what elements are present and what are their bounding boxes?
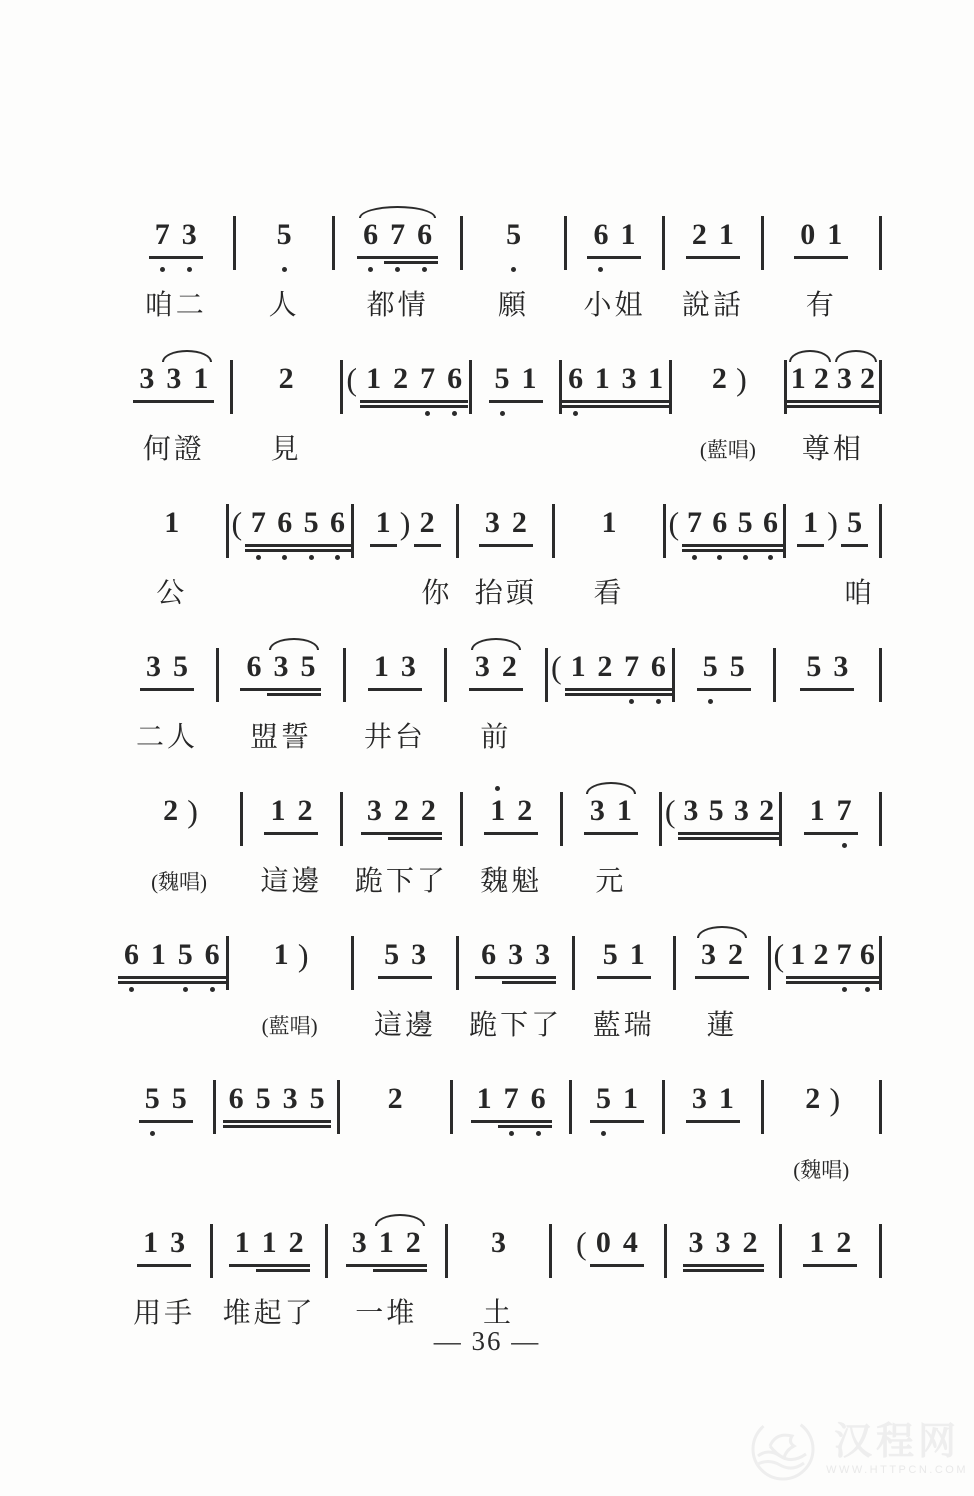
note-digit: 1 (376, 504, 391, 542)
note-token: 5 (724, 638, 751, 707)
octave-dot-below (160, 267, 165, 272)
note-token: 2 (830, 1214, 857, 1283)
note-token: 3 (485, 1214, 512, 1283)
note-token: 1 (797, 494, 824, 563)
lyric (572, 1150, 662, 1190)
notes-line: 6156 (118, 922, 226, 1002)
measure: 12這邊 (243, 778, 340, 902)
note-token: 3 (133, 350, 160, 419)
note-digit: ) (400, 504, 411, 542)
notes-line: 32 (676, 922, 769, 1002)
lyric (771, 1006, 879, 1046)
watermark: 汉程网 WWW.HTTPCN.COM (744, 1410, 968, 1488)
note-digit: 2 (836, 1224, 851, 1262)
octave-dot-below (717, 555, 722, 560)
octave-dot-below (692, 555, 697, 560)
notes-line: 176 (453, 1066, 568, 1146)
note-digit: 1 (235, 1224, 250, 1262)
measure: 112堆起了 (213, 1210, 325, 1334)
octave-dot-below (656, 699, 661, 704)
note-token: 2 (388, 782, 415, 851)
notes-line: 2) (118, 778, 240, 858)
note-token: 2 (592, 638, 619, 707)
note-digit: 6 (531, 1080, 546, 1118)
note-token: 3 (361, 782, 388, 851)
watermark-url: WWW.HTTPCN.COM (826, 1465, 968, 1476)
barline (879, 360, 882, 414)
note-digit: ) (298, 936, 309, 974)
measure: 12 (782, 1210, 879, 1334)
note-token: 1 (256, 1214, 283, 1283)
notes-line: (7656 (229, 490, 351, 570)
measure: 01有 (764, 202, 879, 326)
note-token: 2 (506, 494, 533, 563)
note-digit: 5 (384, 936, 399, 974)
lyric: 何證 (118, 430, 230, 470)
lyric (118, 1150, 213, 1190)
note-digit: 6 (246, 648, 261, 686)
watermark-brand: 汉程网 (834, 1423, 960, 1461)
note-token: 1 (713, 206, 740, 275)
notes-line: 51 (575, 922, 673, 1002)
note-token: 5 (800, 638, 827, 707)
lyric: 前 (447, 718, 545, 758)
note-token: 7 (498, 1070, 525, 1139)
measure: (7656 (229, 490, 351, 614)
note-token: 6 (707, 494, 732, 563)
lyric (453, 1150, 568, 1190)
note-digit: 6 (363, 216, 378, 254)
note-digit: 1 (620, 216, 635, 254)
measure: (1276 (771, 922, 879, 1046)
note-token: 2 (754, 782, 779, 851)
lyric: 尊相 (787, 430, 879, 470)
lyric: 魏魁 (463, 862, 560, 902)
lyric: (魏唱) (764, 1150, 879, 1190)
note-token: 3 (678, 782, 703, 851)
note-token: 3 (686, 1070, 713, 1139)
barline (879, 504, 882, 558)
notes-line: 13 (346, 634, 444, 714)
lyric: 盟誓 (219, 718, 343, 758)
measure: 35二人 (118, 634, 216, 758)
lyric (662, 862, 779, 902)
note-digit: 1 (648, 360, 663, 398)
note-digit: 2 (393, 360, 408, 398)
measure: 2)(魏唱) (118, 778, 240, 902)
note-digit: 3 (692, 1080, 707, 1118)
octave-dot-below (509, 1131, 514, 1136)
notes-line: 01 (764, 202, 879, 282)
system-row: 1公(76561)2你32抬頭1看(76561)5咱 (118, 490, 882, 634)
notes-line: 12 (782, 1210, 879, 1290)
notes-line: 51 (472, 346, 559, 426)
page-number: — 36 — (0, 1326, 974, 1357)
note-digit: 5 (145, 1080, 160, 1118)
octave-dot-below (842, 987, 847, 992)
notes-line: 32 (447, 634, 545, 714)
lyric: 跪下了 (343, 862, 460, 902)
note-token: 7 (682, 494, 707, 563)
notes-line: (1276 (343, 346, 469, 426)
note-token: 3 (502, 926, 529, 995)
note-token: 1 (137, 1214, 164, 1283)
lyric: 公 (118, 574, 226, 614)
measure: 1)(藍唱) (229, 922, 351, 1046)
note-token: 2 (686, 206, 713, 275)
note-digit: 2 (502, 648, 517, 686)
note-token: 7 (149, 206, 176, 275)
note-token: 3 (176, 206, 203, 275)
note-digit: 6 (447, 360, 462, 398)
note-digit: 5 (596, 1080, 611, 1118)
note-token: 5 (597, 926, 624, 995)
note-digit: 1 (791, 360, 806, 398)
lyric (548, 718, 672, 758)
note-digit: 2 (759, 792, 774, 830)
note-token: 3 (729, 782, 754, 851)
note-token: 5 (489, 350, 516, 419)
notes-line: 55 (675, 634, 773, 714)
notes-line: (3532 (662, 778, 779, 858)
note-digit: 2 (297, 792, 312, 830)
note-token: 6 (856, 926, 879, 995)
paren-symbol: ( (573, 1214, 590, 1283)
measure: 73咱二 (118, 202, 233, 326)
measure: 312一堆 (328, 1210, 445, 1334)
note-digit: 6 (860, 936, 875, 974)
notes-line: 12 (243, 778, 340, 858)
lyric: 人 (236, 286, 331, 326)
note-digit: 1 (790, 936, 805, 974)
measure: 12魏魁 (463, 778, 560, 902)
note-token: 6 (272, 494, 298, 563)
note-token: 3 (405, 926, 432, 995)
measure: (1276 (343, 346, 469, 470)
measure: 5願 (463, 202, 563, 326)
note-digit: 1 (571, 648, 586, 686)
notes-line: 1)2 (354, 490, 457, 570)
lyric: (藍唱) (229, 1006, 351, 1046)
lyric: 看 (555, 574, 663, 614)
note-token: 2 (273, 350, 300, 419)
note-token: 5 (172, 926, 199, 995)
octave-dot-below (536, 1131, 541, 1136)
octave-dot-below (210, 987, 215, 992)
measure: 21說話 (665, 202, 760, 326)
lyric: 小姐 (567, 286, 662, 326)
notes-line: 17 (782, 778, 879, 858)
lyric (675, 718, 773, 758)
note-digit: 2 (421, 792, 436, 830)
notes-line: (04 (552, 1210, 664, 1290)
measure: 6535 (216, 1066, 336, 1190)
note-digit: ) (736, 360, 747, 398)
lyric: 抬頭 (459, 574, 552, 614)
note-digit: ( (551, 648, 562, 686)
note-token: 1 (484, 782, 511, 851)
note-digit: 1 (719, 216, 734, 254)
note-token: 6 (240, 638, 267, 707)
note-digit: 6 (651, 648, 666, 686)
note-token: 5 (500, 206, 527, 275)
system-row: 73咱二5人676都情5願61小姐21說話01有 (118, 202, 882, 346)
notes-line: 2) (672, 346, 784, 426)
note-digit: 1 (262, 1224, 277, 1262)
note-digit: 5 (304, 504, 319, 542)
measure: 332 (667, 1210, 779, 1334)
lyric (472, 430, 559, 470)
note-digit: 3 (683, 792, 698, 830)
note-token: 3 (616, 350, 643, 419)
note-digit: 1 (803, 504, 818, 542)
note-digit: 3 (701, 936, 716, 974)
notes-line: 1 (118, 490, 226, 570)
notes-line: 112 (213, 1210, 325, 1290)
octave-dot-below (282, 267, 287, 272)
barline (879, 1224, 882, 1278)
note-token: 6 (475, 926, 502, 995)
note-digit: 5 (277, 216, 292, 254)
measure: 6156 (118, 922, 226, 1046)
measure: 51藍瑞 (575, 922, 673, 1046)
note-digit: 1 (809, 1224, 824, 1262)
octave-dot-below (500, 411, 505, 416)
note-digit: 2 (814, 360, 829, 398)
notes-line: 53 (354, 922, 457, 1002)
note-digit: 1 (143, 1224, 158, 1262)
note-token: 1 (565, 638, 592, 707)
note-digit: 5 (300, 648, 315, 686)
note-digit: 5 (256, 1080, 271, 1118)
notes-line: (1276 (771, 922, 879, 1002)
octave-dot-below (842, 843, 847, 848)
note-digit: 3 (411, 936, 426, 974)
octave-dot-below (368, 267, 373, 272)
notes-line: 55 (118, 1066, 213, 1146)
barline (879, 1080, 882, 1134)
note-digit: 2 (163, 792, 178, 830)
note-token: 7 (618, 638, 645, 707)
measure: (3532 (662, 778, 779, 902)
note-token: 1 (264, 782, 291, 851)
note-digit: 3 (367, 792, 382, 830)
note-digit: 2 (289, 1224, 304, 1262)
lyric: 二人 (118, 718, 216, 758)
note-token: 1 (642, 350, 669, 419)
lyric: 見 (233, 430, 340, 470)
note-digit: 5 (738, 504, 753, 542)
measure: 13井台 (346, 634, 444, 758)
notes-line: 6535 (216, 1066, 336, 1146)
octave-dot-below (598, 267, 603, 272)
notes-line: 3 (448, 1210, 550, 1290)
lyric: 都情 (335, 286, 461, 326)
lyric: 這邊 (243, 862, 340, 902)
note-digit: 1 (617, 792, 632, 830)
lyric (782, 862, 879, 902)
measure: 31 (665, 1066, 760, 1190)
note-digit: 3 (508, 936, 523, 974)
note-token: 3 (827, 638, 854, 707)
octave-dot-below (601, 1131, 606, 1136)
note-digit: 3 (535, 936, 550, 974)
notes-line: 2 (233, 346, 340, 426)
note-digit: 2 (279, 360, 294, 398)
note-digit: 2 (743, 1224, 758, 1262)
note-digit: 1 (827, 216, 842, 254)
measure: 6131 (562, 346, 669, 470)
note-digit: 1 (477, 1080, 492, 1118)
note-digit: 1 (164, 504, 179, 542)
note-token: 6 (118, 926, 145, 995)
measure: 13用手 (118, 1210, 210, 1334)
measure: 2見 (233, 346, 340, 470)
note-token: 2 (283, 1214, 310, 1283)
note-token: 1 (821, 206, 848, 275)
watermark-logo-icon (744, 1410, 822, 1488)
note-token: 3 (710, 1214, 737, 1283)
octave-dot-below (183, 987, 188, 992)
note-token: 6 (441, 350, 468, 419)
note-digit: 5 (709, 792, 724, 830)
notes-line: 332 (667, 1210, 779, 1290)
note-token: 3 (529, 926, 556, 995)
note-token: 2 (414, 494, 441, 563)
octave-dot-below (282, 555, 287, 560)
note-token: 7 (414, 350, 441, 419)
octave-dot-below (865, 987, 870, 992)
note-digit: 2 (805, 1080, 820, 1118)
barline (879, 792, 882, 846)
measure: 1公 (118, 490, 226, 614)
note-digit: 6 (763, 504, 778, 542)
note-digit: 3 (170, 1224, 185, 1262)
note-digit: 1 (193, 360, 208, 398)
lyric (340, 1150, 450, 1190)
note-digit: 2 (517, 792, 532, 830)
lyric: 咱 (786, 574, 879, 614)
lyric (216, 1150, 336, 1190)
measure: 3土 (448, 1210, 550, 1334)
lyric: 咱二 (118, 286, 233, 326)
notes-line: 322 (343, 778, 460, 858)
paren-symbol: ) (824, 494, 841, 563)
notes-line: 1 (555, 490, 663, 570)
note-digit: 1 (490, 792, 505, 830)
note-digit: 5 (847, 504, 862, 542)
note-digit: 6 (205, 936, 220, 974)
octave-dot-below (768, 555, 773, 560)
note-digit: ( (346, 360, 357, 398)
note-digit: 5 (730, 648, 745, 686)
notes-line: 6131 (562, 346, 669, 426)
note-digit: ( (576, 1224, 587, 1262)
measure: 32抬頭 (459, 490, 552, 614)
notes-line: 331 (118, 346, 230, 426)
measure: 55 (118, 1066, 213, 1190)
note-token: 1 (589, 350, 616, 419)
note-token: 5 (271, 206, 298, 275)
measure: 53 (776, 634, 879, 758)
note-digit: 3 (837, 360, 852, 398)
note-token: 2 (706, 350, 733, 419)
notes-line: 5 (236, 202, 331, 282)
note-digit: ) (827, 504, 838, 542)
note-token: 5 (304, 1070, 331, 1139)
notes-line: 61 (567, 202, 662, 282)
note-token: 5 (703, 782, 728, 851)
octave-dot-below (629, 699, 634, 704)
note-token: 6 (324, 494, 350, 563)
measure: 51 (572, 1066, 662, 1190)
lyric: (藍唱) (672, 430, 784, 470)
octave-dot-below (256, 555, 261, 560)
note-token: 2 (737, 1214, 764, 1283)
measure: 1看 (555, 490, 663, 614)
note-token: 6 (758, 494, 783, 563)
octave-dot-below (425, 411, 430, 416)
note-digit: 7 (420, 360, 435, 398)
note-token: 6 (525, 1070, 552, 1139)
note-digit: 1 (366, 360, 381, 398)
note-digit: 1 (151, 936, 166, 974)
note-token: 1 (614, 206, 641, 275)
lyric: 蓮 (676, 1006, 769, 1046)
note-token: 1 (368, 638, 395, 707)
note-token: 1 (268, 926, 295, 995)
note-token: 1 (370, 494, 397, 563)
note-digit: 7 (155, 216, 170, 254)
lyric (776, 718, 879, 758)
octave-dot-below (309, 555, 314, 560)
note-digit: 2 (692, 216, 707, 254)
note-digit: 3 (689, 1224, 704, 1262)
note-digit: 7 (504, 1080, 519, 1118)
note-token: 7 (831, 782, 858, 851)
system-row: 2)(魏唱)12這邊322跪下了12魏魁31元(353217 (118, 778, 882, 922)
octave-dot-below (150, 1131, 155, 1136)
notes-line: 1) (229, 922, 351, 1002)
note-digit: 1 (379, 1224, 394, 1262)
note-token: 3 (164, 1214, 191, 1283)
note-digit: 3 (491, 1224, 506, 1262)
note-token: 5 (378, 926, 405, 995)
note-digit: 3 (485, 504, 500, 542)
notes-line: 35 (118, 634, 216, 714)
notes-line: 5 (463, 202, 563, 282)
note-token: 1 (596, 494, 623, 563)
paren-symbol: ) (397, 494, 414, 563)
system-row: 61561)(藍唱)53這邊633跪下了51藍瑞32蓮(1276 (118, 922, 882, 1066)
note-digit: 2 (406, 1224, 421, 1262)
note-digit: 1 (630, 936, 645, 974)
note-token: 2 (415, 782, 442, 851)
note-digit: 2 (394, 792, 409, 830)
note-token: 1 (617, 1070, 644, 1139)
note-digit: 5 (310, 1080, 325, 1118)
notes-line: 32 (459, 490, 552, 570)
measure: 53這邊 (354, 922, 457, 1046)
measure: 55 (675, 634, 773, 758)
octave-dot-below (395, 267, 400, 272)
note-token: 7 (833, 926, 856, 995)
note-token: 1 (360, 350, 387, 419)
paren-symbol: ) (184, 782, 201, 851)
paren-symbol: ( (548, 638, 565, 707)
notes-line: 2 (340, 1066, 450, 1146)
octave-dot-below (452, 411, 457, 416)
